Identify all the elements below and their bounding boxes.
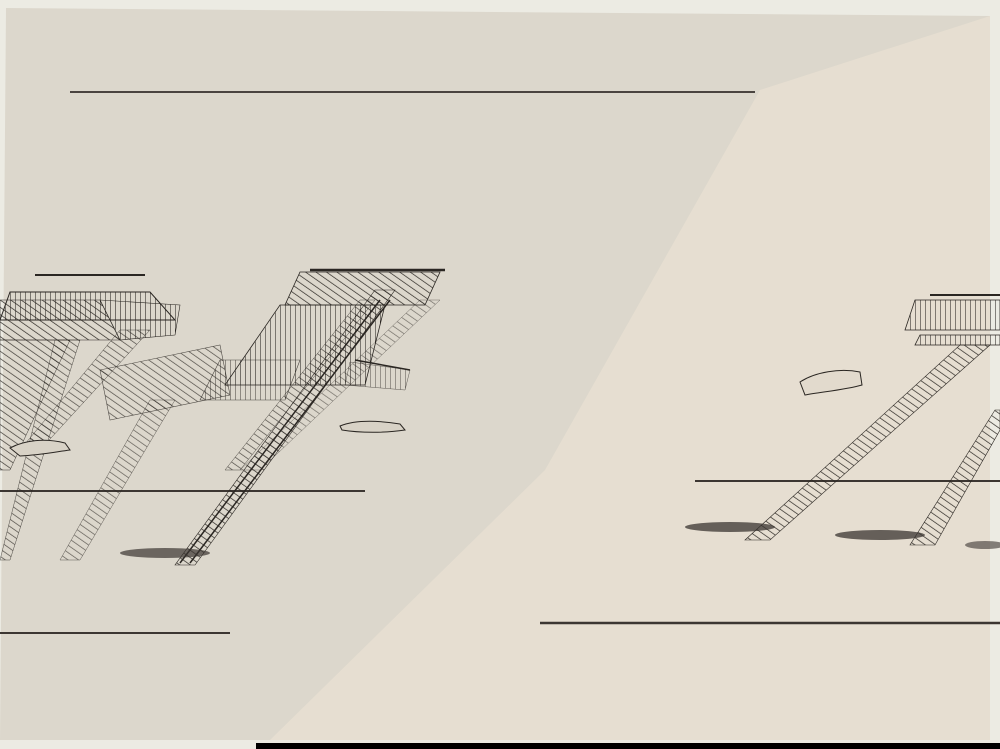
bottom-bar xyxy=(256,743,1000,749)
etching-artwork xyxy=(0,0,1000,749)
etching-image xyxy=(0,0,1000,749)
